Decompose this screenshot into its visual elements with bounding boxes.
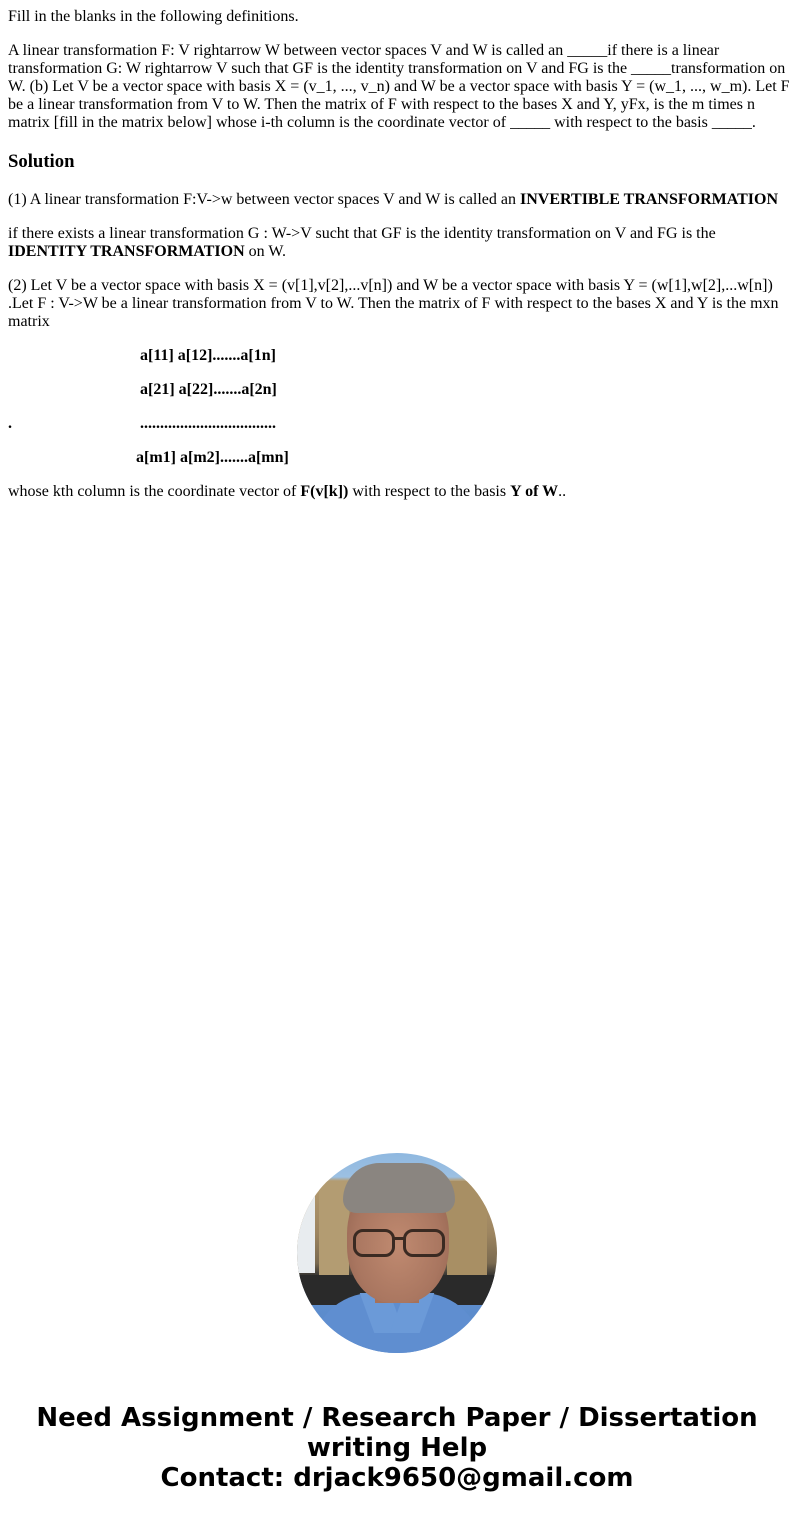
stray-dot: . <box>8 415 12 433</box>
promo-line-2: writing Help <box>0 1433 794 1463</box>
solution-part-1b-suffix: on W. <box>245 243 286 260</box>
promo-banner: Need Assignment / Research Paper / Disse… <box>0 1403 794 1493</box>
solution-part-1: (1) A linear transformation F:V->w betwe… <box>8 191 790 209</box>
solution-part-1b-text: if there exists a linear transformation … <box>8 225 716 242</box>
question-intro: Fill in the blanks in the following defi… <box>8 8 299 26</box>
avatar-glasses-right <box>403 1229 445 1257</box>
avatar-glasses-left <box>353 1229 395 1257</box>
solution-part-1b: if there exists a linear transformation … <box>8 225 790 261</box>
answer-identity: IDENTITY TRANSFORMATION <box>8 243 245 260</box>
avatar-hair <box>343 1163 455 1213</box>
avatar-glasses-bridge <box>392 1237 404 1240</box>
solution-part-2b: whose kth column is the coordinate vecto… <box>8 483 790 501</box>
promo-line-1: Need Assignment / Research Paper / Disse… <box>0 1403 794 1433</box>
solution-part-2b-middle: with respect to the basis <box>348 483 510 500</box>
promo-contact: Contact: drjack9650@gmail.com <box>0 1463 794 1493</box>
solution-part-2b-text: whose kth column is the coordinate vecto… <box>8 483 300 500</box>
matrix-row-2: a[21] a[22].......a[2n] <box>140 381 277 399</box>
question-text: A linear transformation F: V rightarrow … <box>8 42 790 132</box>
solution-part-1-text: (1) A linear transformation F:V->w betwe… <box>8 191 520 208</box>
matrix-row-m: a[m1] a[m2].......a[mn] <box>136 449 289 467</box>
solution-part-2: (2) Let V be a vector space with basis X… <box>8 277 790 331</box>
solution-heading: Solution <box>8 151 74 173</box>
answer-invertible: INVERTIBLE TRANSFORMATION <box>520 191 778 208</box>
tutor-avatar-photo <box>297 1153 497 1353</box>
solution-part-2b-suffix: .. <box>558 483 566 500</box>
avatar-bg-switchboard <box>297 1193 315 1273</box>
answer-f-vk: F(v[k]) <box>300 483 348 500</box>
matrix-row-1: a[11] a[12].......a[1n] <box>140 347 276 365</box>
answer-basis-y: Y of W <box>510 483 558 500</box>
matrix-row-ellipsis: .................................. <box>140 415 276 433</box>
